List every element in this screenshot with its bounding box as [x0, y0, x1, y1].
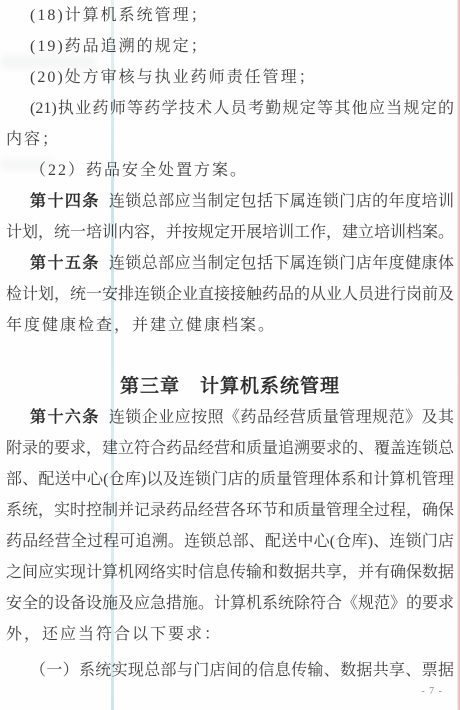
- doc-line: (20)处方审核与执业药师责任管理；: [6, 62, 454, 93]
- doc-line: (18)计算机系统管理；: [6, 0, 454, 31]
- doc-line: 计划，统一培训内容，并按规定开展培训工作，建立培训档案。: [6, 217, 454, 248]
- doc-line: 附录的要求，建立符合药品经营和质量追溯要求的、覆盖连锁总: [6, 433, 454, 464]
- doc-line: 第十四条连锁总部应当制定包括下属连锁门店的年度培训: [6, 186, 454, 217]
- doc-line: 系统，实时控制并记录药品经营各环节和质量管理全过程，确保: [6, 495, 454, 526]
- doc-line: （一）系统实现总部与门店间的信息传输、数据共享、票据: [6, 655, 454, 686]
- document-body: (18)计算机系统管理；(19)药品追溯的规定；(20)处方审核与执业药师责任管…: [0, 0, 460, 686]
- doc-line: 第十六条连锁企业应按照《药品经营质量管理规范》及其: [6, 402, 454, 433]
- doc-line: 第十五条连锁总部应当制定包括下属连锁门店年度健康体: [6, 248, 454, 279]
- doc-line: 内容；: [6, 124, 454, 155]
- doc-line: 安全的设备设施及应急措施。计算机系统除符合《规范》的要求: [6, 588, 454, 619]
- scanned-document-page: (18)计算机系统管理；(19)药品追溯的规定；(20)处方审核与执业药师责任管…: [0, 0, 460, 710]
- page-number: - 7 -: [421, 686, 443, 697]
- article-label: 第十六条: [30, 409, 100, 426]
- doc-line: 年度健康检查，并建立健康档案。: [6, 310, 454, 341]
- doc-line: 药品经营全过程可追溯。连锁总部、配送中心(仓库)、连锁门店: [6, 526, 454, 557]
- doc-line: 部、配送中心(仓库)以及连锁门店的质量管理体系和计算机管理: [6, 464, 454, 495]
- doc-line: （22）药品安全处置方案。: [6, 155, 454, 186]
- doc-line: 检计划，统一安排连锁企业直接接触药品的从业人员进行岗前及: [6, 279, 454, 310]
- doc-line: 之间应实现计算机网络实时信息传输和数据共享，并有确保数据: [6, 557, 454, 588]
- article-label: 第十五条: [30, 255, 100, 272]
- doc-line: (21)执业药师等药学技术人员考勤规定等其他应当规定的: [6, 93, 454, 124]
- chapter-heading: 第三章 计算机系统管理: [6, 371, 454, 402]
- doc-line: (19)药品追溯的规定；: [6, 31, 454, 62]
- doc-line: 外，还应当符合以下要求：: [6, 619, 454, 650]
- article-label: 第十四条: [30, 193, 100, 210]
